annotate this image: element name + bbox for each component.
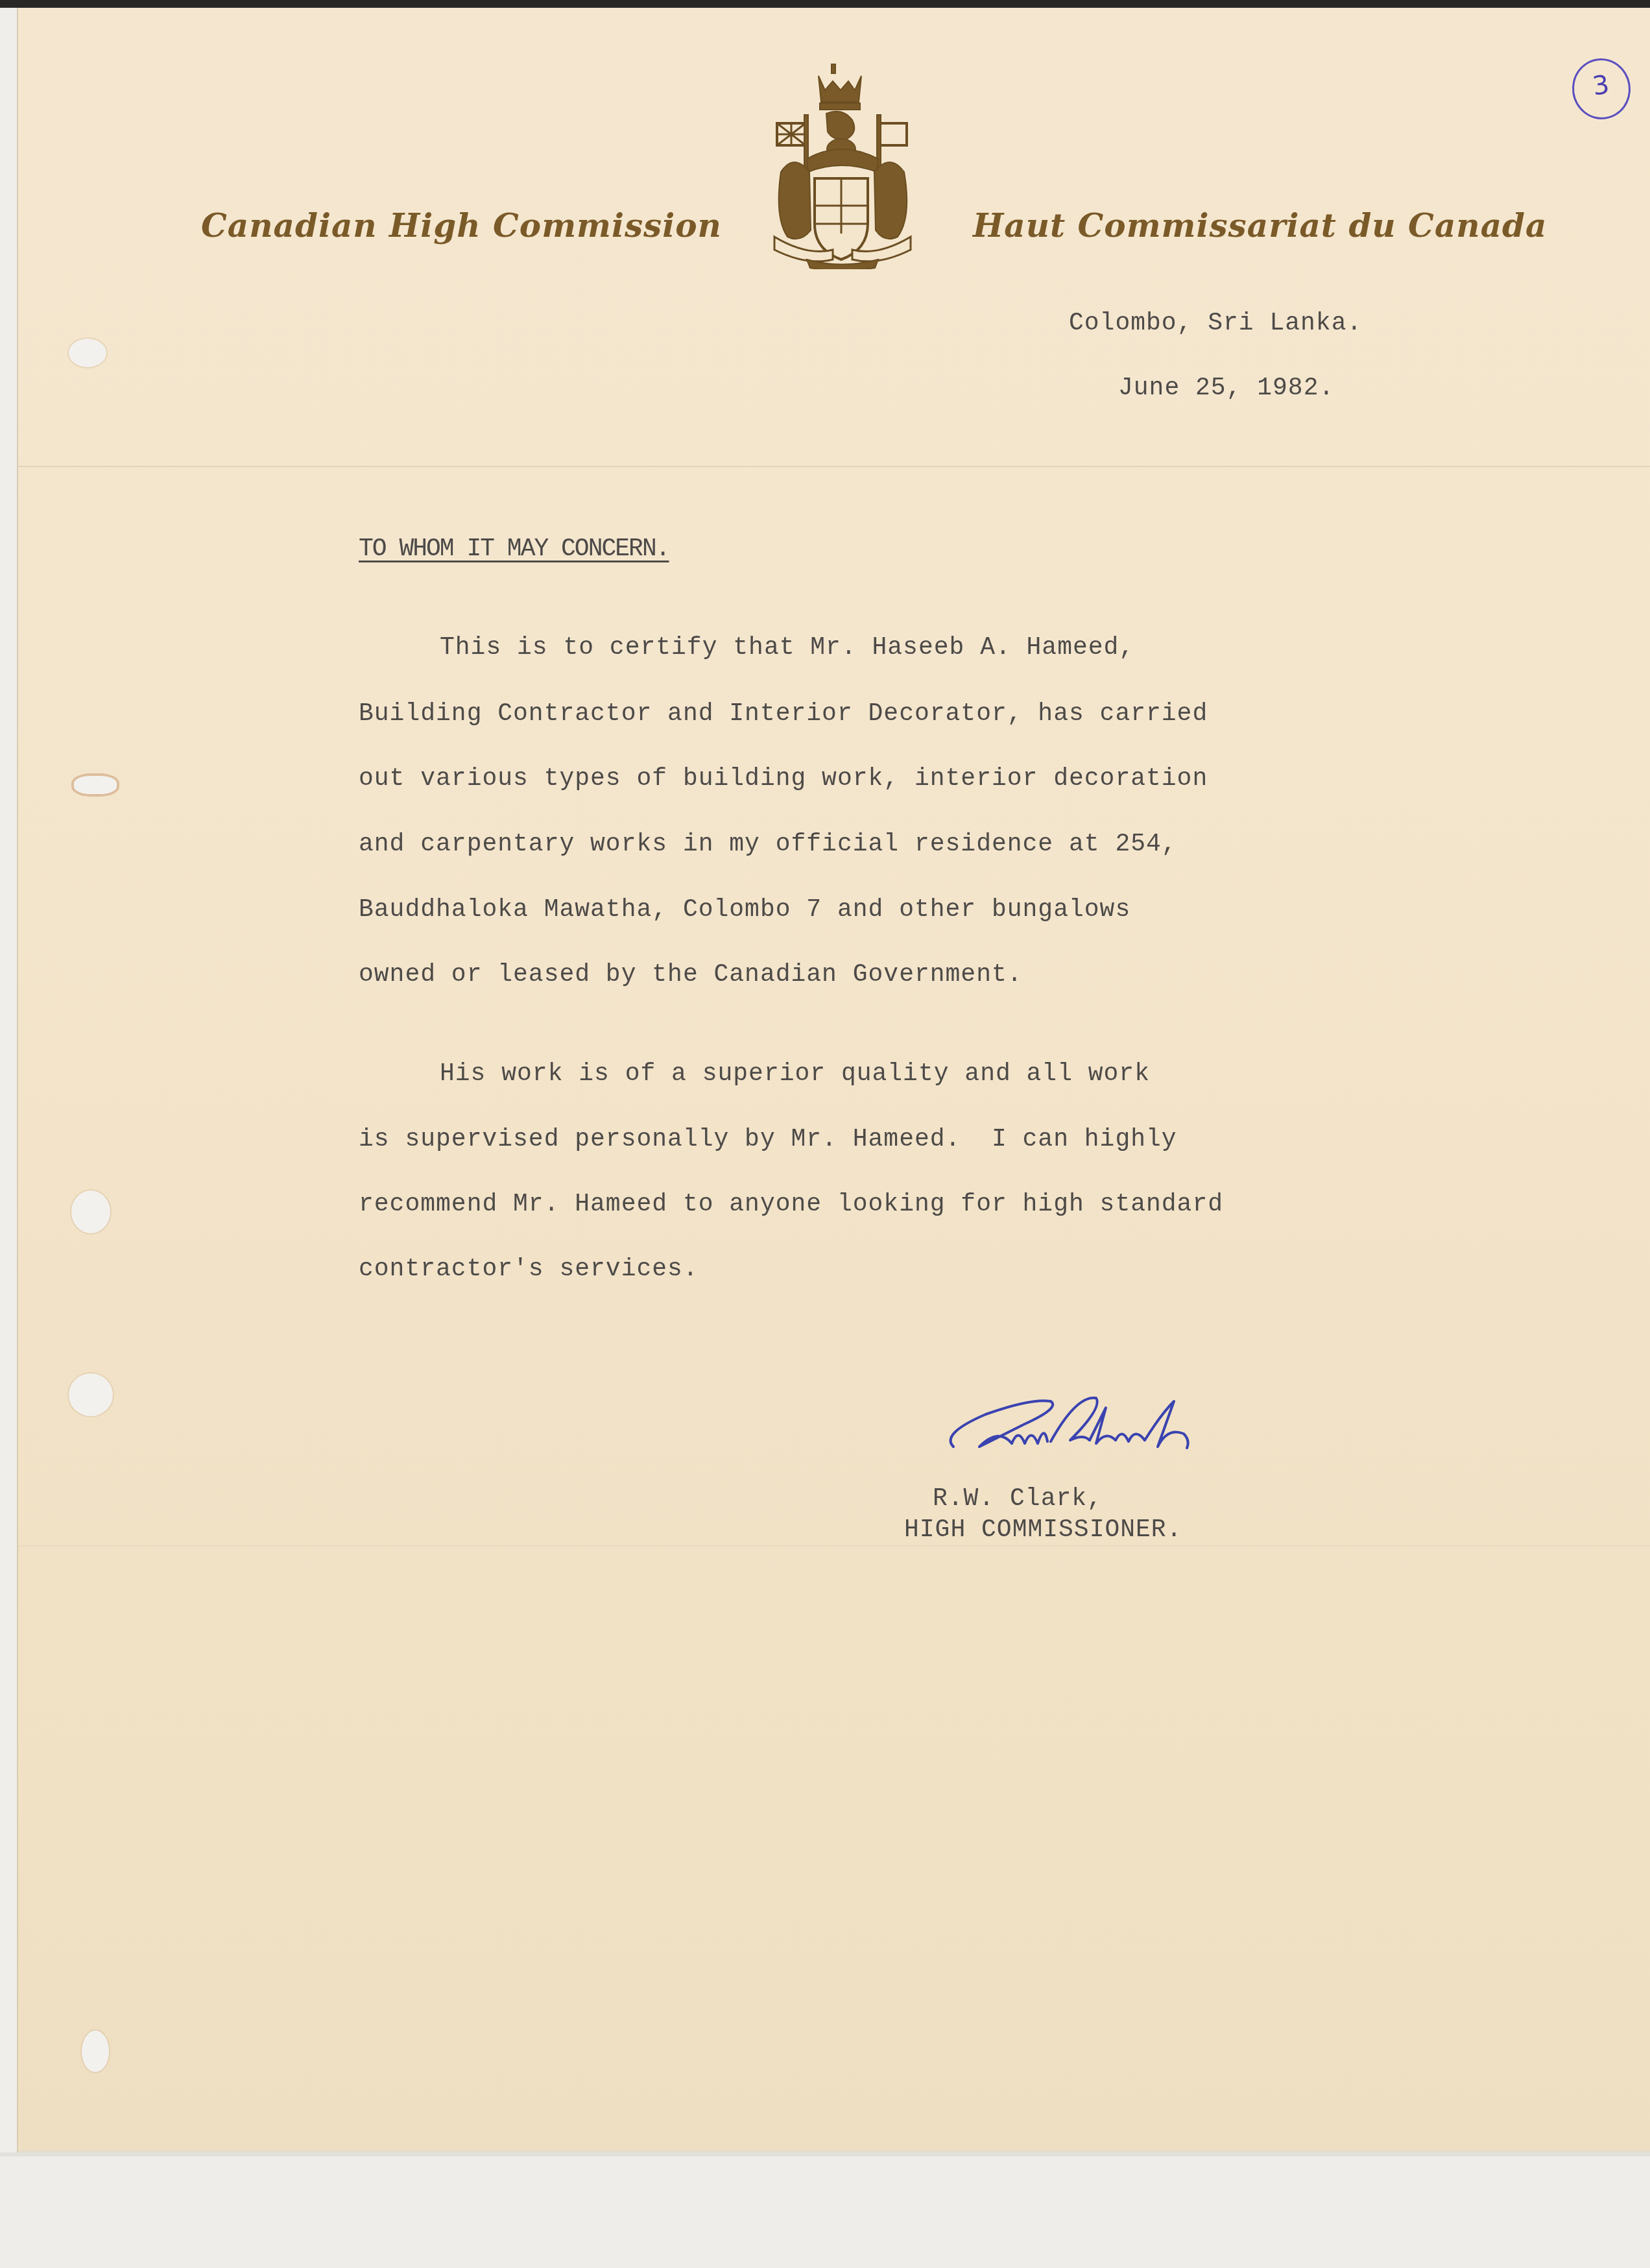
scanner-edge [0, 0, 1650, 8]
body-line: is supervised personally by Mr. Hameed. … [359, 1128, 1177, 1152]
body-line: out various types of building work, inte… [359, 767, 1208, 791]
body-line: This is to certify that Mr. Haseeb A. Ha… [440, 636, 1134, 660]
signatory-name: R.W. Clark, [933, 1487, 1103, 1512]
body-line: contractor's services. [359, 1257, 699, 1282]
punch-hole [69, 339, 106, 367]
punch-hole-torn [74, 776, 117, 794]
punch-hole [82, 2031, 109, 2072]
body-line: recommend Mr. Hameed to anyone looking f… [359, 1192, 1223, 1217]
scanner-bed [0, 2153, 1650, 2268]
body-line: Building Contractor and Interior Decorat… [359, 702, 1208, 727]
signatory-title: HIGH COMMISSIONER. [904, 1518, 1182, 1543]
handwritten-signature [934, 1388, 1219, 1466]
page-number-text: 3 [1590, 70, 1611, 102]
canadian-coat-of-arms-icon [768, 62, 917, 269]
date-line: June 25, 1982. [1118, 376, 1334, 401]
body-line: His work is of a superior quality and al… [440, 1062, 1150, 1087]
letterhead-french-title: Haut Commissariat du Canada [973, 206, 1547, 245]
body-line: and carpentary works in my official resi… [359, 832, 1177, 857]
paper-fold-line [18, 466, 1650, 467]
paper-fold-line [18, 1545, 1650, 1547]
letterhead-english-title: Canadian High Commission [201, 206, 722, 245]
body-line: Bauddhaloka Mawatha, Colombo 7 and other… [359, 898, 1130, 923]
salutation-heading: TO WHOM IT MAY CONCERN. [359, 537, 669, 562]
body-line: owned or leased by the Canadian Governme… [359, 963, 1023, 987]
punch-hole [71, 1190, 110, 1233]
page-number-annotation: 3 [1568, 54, 1634, 123]
punch-hole [69, 1373, 113, 1416]
location-line: Colombo, Sri Lanka. [1069, 311, 1362, 336]
